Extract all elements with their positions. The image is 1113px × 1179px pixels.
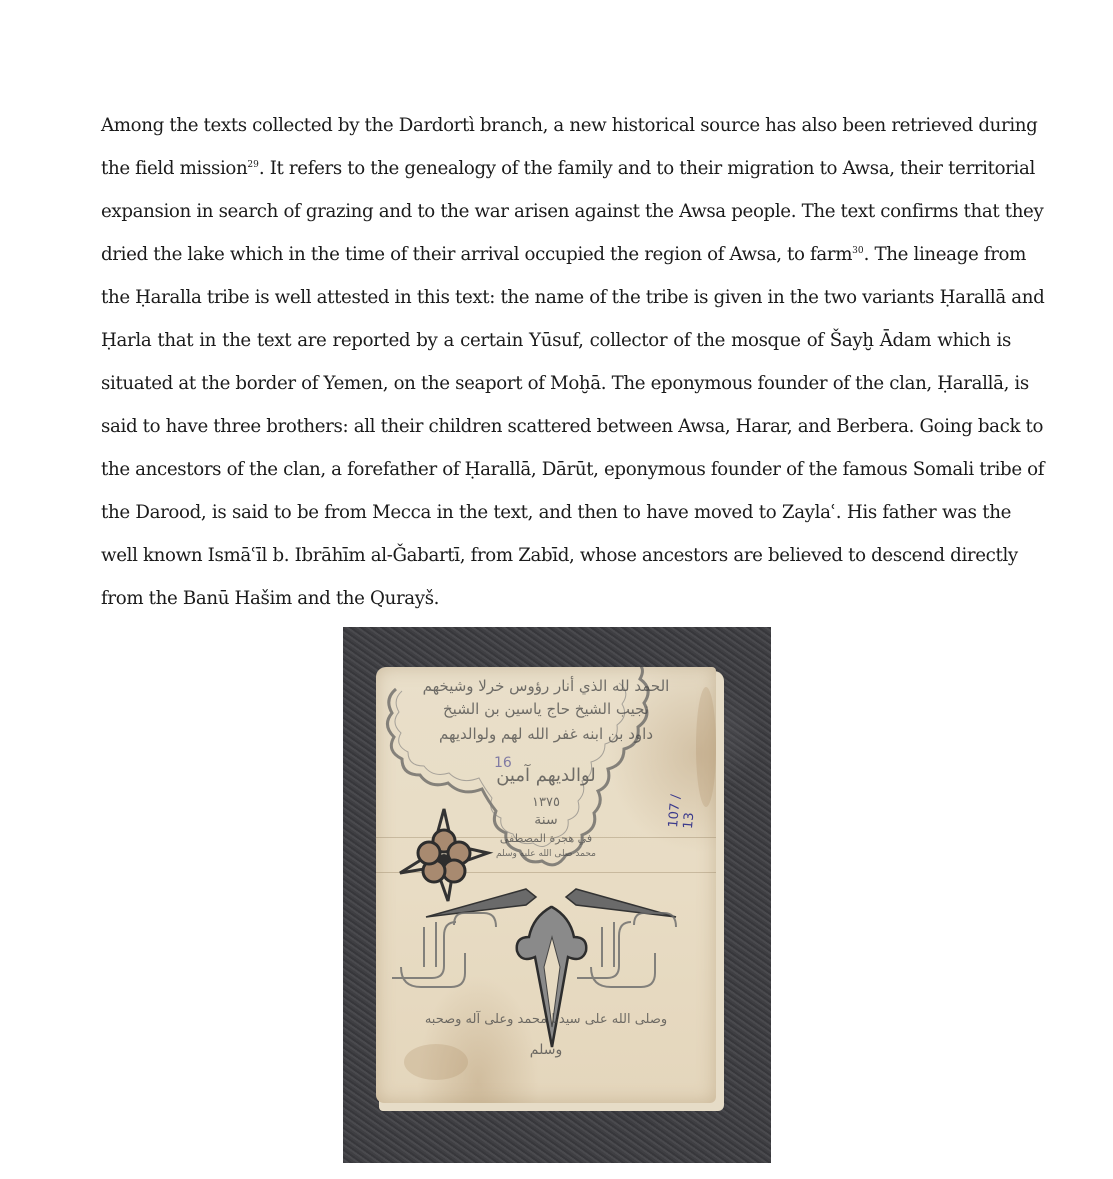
manuscript-blessing: وصلى الله على سيدنا محمد وعلى آله وصحبه xyxy=(396,1012,696,1027)
text-line: the field mission29. It refers to the ge… xyxy=(101,147,1011,190)
text-segment: . The lineage from xyxy=(864,244,1026,265)
text-line: the Ḥaralla tribe is well attested in th… xyxy=(101,276,1011,319)
text-line: from the Banū Hašim and the Qurayš. xyxy=(101,577,1011,620)
text-segment: dried the lake which in the time of thei… xyxy=(101,244,852,265)
body-paragraph: Among the texts collected by the Dardort… xyxy=(101,104,1011,620)
manuscript-line: في هجرة المصطفى xyxy=(486,832,606,845)
manuscript-photo: الحمد لله الذي أنار رؤوس خرلا وشيخهم نجي… xyxy=(343,627,771,1163)
calligraphy-panel-right xyxy=(577,913,676,987)
manuscript-line: سنة xyxy=(486,812,606,828)
text-line: the Darood, is said to be from Mecca in … xyxy=(101,491,1011,534)
text-line: Ḥarla that in the text are reported by a… xyxy=(101,319,1011,362)
text-line: Among the texts collected by the Dardort… xyxy=(101,104,1011,147)
catalog-number: 107 / 13 xyxy=(666,777,700,829)
text-segment: the field mission xyxy=(101,158,247,179)
document-page: Among the texts collected by the Dardort… xyxy=(0,0,1113,1179)
text-line: expansion in search of grazing and to th… xyxy=(101,190,1011,233)
manuscript-line: محمد صلى الله عليه وسلم xyxy=(486,849,606,859)
text-segment: . It refers to the genealogy of the fami… xyxy=(259,158,1035,179)
footnote-ref-29[interactable]: 29 xyxy=(247,160,258,170)
manuscript-line: نجيب الشيخ حاج ياسين بن الشيخ xyxy=(416,700,676,718)
text-line: the ancestors of the clan, a forefather … xyxy=(101,448,1011,491)
text-line: situated at the border of Yemen, on the … xyxy=(101,362,1011,405)
manuscript-year: ١٣٧٥ xyxy=(486,795,606,810)
rosette-ornament xyxy=(400,809,488,901)
text-line: said to have three brothers: all their c… xyxy=(101,405,1011,448)
calligraphy-panel-left xyxy=(392,913,496,987)
manuscript-line: وسلم xyxy=(506,1042,586,1058)
text-line: dried the lake which in the time of thei… xyxy=(101,233,1011,276)
manuscript-line: الحمد لله الذي أنار رؤوس خرلا وشيخهم xyxy=(416,677,676,695)
manuscript-line: داود بن ابنه غفر الله لهم ولوالديهم xyxy=(416,725,676,743)
manuscript-line: لوالديهم آمين xyxy=(456,765,636,786)
manuscript-paper: الحمد لله الذي أنار رؤوس خرلا وشيخهم نجي… xyxy=(376,667,716,1103)
text-line: well known Ismāʿīl b. Ibrāhīm al-Ǧabartī… xyxy=(101,534,1011,577)
catalog-note: 16 xyxy=(494,755,512,771)
footnote-ref-30[interactable]: 30 xyxy=(852,246,863,256)
